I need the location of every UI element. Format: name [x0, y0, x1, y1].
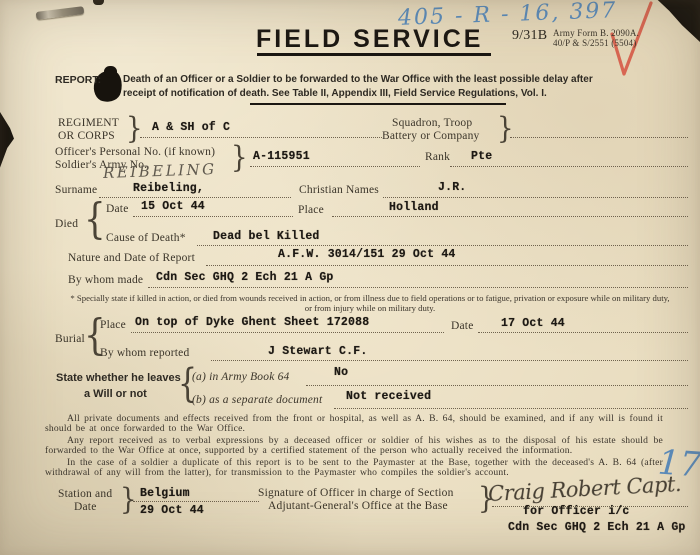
instructions-paragraph-2: Any report received as to verbal express…	[45, 436, 663, 457]
christian-names-value: J.R.	[438, 181, 466, 194]
dotted-leader	[133, 500, 259, 502]
died-section-label: Died	[55, 218, 78, 230]
signature-label-2: Adjutant-General's Office at the Base	[268, 500, 448, 512]
instructions-paragraph-1: All private documents and effects receiv…	[45, 414, 663, 435]
will-item-b-value: Not received	[346, 390, 431, 403]
burial-place-label: Place	[100, 319, 126, 331]
made-by-label: By whom made	[68, 274, 143, 286]
staple-icon	[36, 6, 85, 20]
regiment-label-1: REGIMENT	[58, 117, 119, 129]
dotted-leader	[250, 165, 420, 167]
pencil-surname-note: REIBELING	[103, 160, 217, 182]
title-underline	[257, 53, 491, 56]
report-label: REPORT:	[55, 74, 101, 86]
page-title: FIELD SERVICE	[256, 25, 483, 54]
form-name: Army Form B. 2090A.	[553, 28, 639, 38]
squadron-label-1: Squadron, Troop	[392, 117, 472, 129]
for-officer-line: for Officer i/c	[523, 505, 630, 518]
dotted-leader	[197, 244, 688, 246]
dotted-leader	[478, 331, 688, 333]
signature-label-1: Signature of Officer in charge of Sectio…	[258, 487, 454, 499]
report-line-1: Death of an Officer or a Soldier to be f…	[123, 74, 593, 85]
will-item-a-value: No	[334, 366, 348, 379]
dotted-leader	[510, 136, 688, 138]
rank-label: Rank	[425, 151, 450, 163]
dotted-leader	[99, 196, 291, 198]
burial-date-label: Date	[451, 320, 474, 332]
will-item-a-label: (a) in Army Book 64	[192, 371, 290, 383]
burial-section-label: Burial	[55, 333, 85, 345]
service-number-label-1: Officer's Personal No. (if known)	[55, 146, 215, 158]
died-date-label: Date	[106, 203, 129, 215]
form-ref: 40/P & S/2551 (5504)	[553, 38, 636, 48]
squadron-label-2: Battery or Company	[382, 130, 480, 142]
surname-value: Reibeling,	[133, 182, 204, 195]
dotted-leader	[206, 264, 688, 266]
report-nature-label: Nature and Date of Report	[68, 252, 195, 264]
made-by-value: Cdn Sec GHQ 2 Ech 21 A Gp	[156, 271, 334, 284]
ink-blot	[104, 66, 117, 78]
regiment-value: A & SH of C	[152, 121, 230, 134]
squadron-brace	[497, 114, 514, 144]
divider-rule	[250, 103, 506, 105]
dotted-leader	[148, 286, 688, 288]
dotted-leader	[306, 384, 688, 386]
unit-line: Cdn Sec GHQ 2 Ech 21 A Gp	[508, 521, 686, 534]
reported-by-label: By whom reported	[100, 347, 189, 359]
dotted-leader	[383, 196, 688, 198]
dotted-leader	[131, 331, 444, 333]
will-label-2: a Will or not	[84, 388, 147, 400]
paper-speck	[93, 0, 104, 5]
died-date-value: 15 Oct 44	[141, 200, 205, 213]
will-item-b-label: (b) as a separate document	[192, 394, 322, 406]
instructions-block: All private documents and effects receiv…	[45, 414, 663, 479]
station-date-value: 29 Oct 44	[140, 504, 204, 517]
service-number-value: A-115951	[253, 150, 310, 163]
field-service-form-scan: 405 - R - 16, 397 17 FIELD SERVICE 9/31B…	[0, 0, 700, 555]
dotted-leader	[450, 165, 688, 167]
died-place-label: Place	[298, 204, 324, 216]
service-number-brace	[231, 143, 248, 173]
dotted-leader	[334, 407, 688, 409]
station-label-2: Date	[74, 501, 97, 513]
footnote-text: * Specially state if killed in action, o…	[70, 293, 670, 313]
cause-of-death-value: Dead bel Killed	[213, 230, 320, 243]
paper-notch	[0, 112, 14, 170]
dotted-leader	[133, 215, 293, 217]
form-code: 9/31B	[512, 28, 547, 44]
reported-by-value: J Stewart C.F.	[268, 345, 367, 358]
burial-place-value: On top of Dyke Ghent Sheet 172088	[135, 316, 369, 329]
report-line-2: receipt of notification of death. See Ta…	[123, 88, 547, 99]
regiment-label-2: OR CORPS	[58, 130, 115, 142]
died-brace	[84, 198, 106, 241]
burial-date-value: 17 Oct 44	[501, 317, 565, 330]
rank-value: Pte	[471, 150, 492, 163]
dotted-leader	[140, 136, 382, 138]
instructions-paragraph-3: In the case of a soldier a duplicate of …	[45, 458, 663, 479]
dotted-leader	[211, 359, 688, 361]
cause-of-death-label: Cause of Death*	[106, 232, 186, 244]
will-label-1: State whether he leaves	[56, 372, 181, 384]
regiment-brace	[126, 114, 143, 144]
report-nature-value: A.F.W. 3014/151 29 Oct 44	[278, 248, 456, 261]
christian-names-label: Christian Names	[299, 184, 379, 196]
died-place-value: Holland	[389, 201, 439, 214]
station-value: Belgium	[140, 487, 190, 500]
station-label-1: Station and	[58, 488, 112, 500]
dotted-leader	[332, 215, 688, 217]
